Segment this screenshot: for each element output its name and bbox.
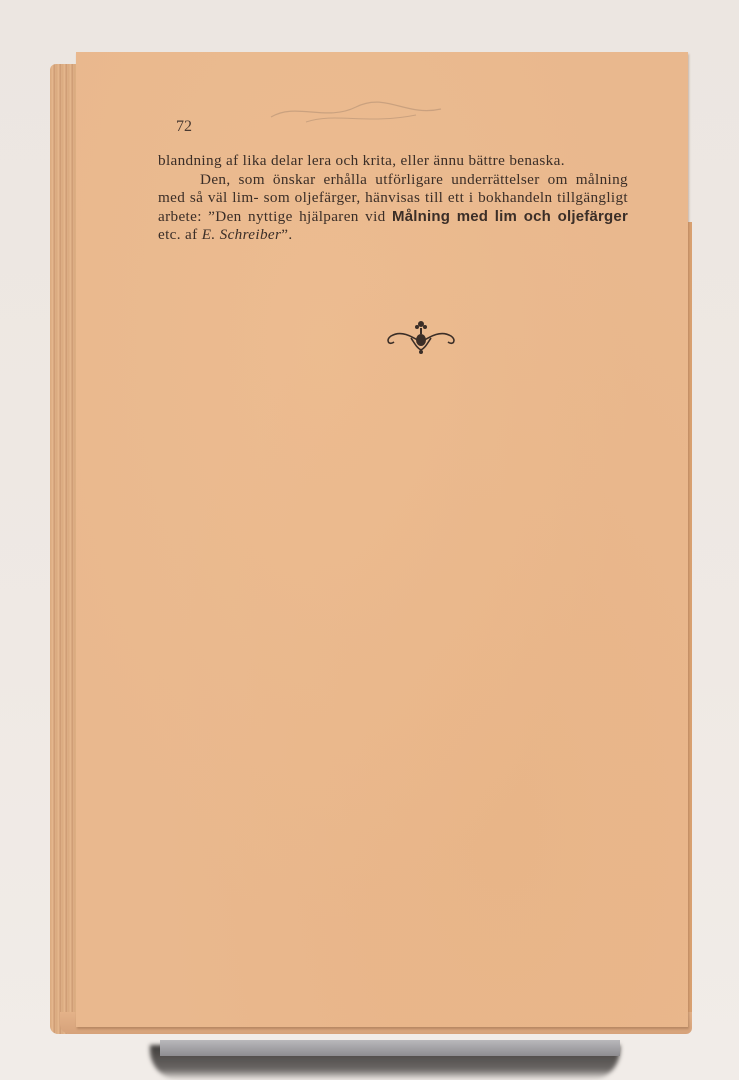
old-book: 72 blandning af lika delar lera och krit… [50, 52, 692, 1042]
paragraph-2-end: ”. [281, 226, 292, 243]
paragraph-1: blandning af lika delar lera och krita, … [158, 152, 628, 171]
fleuron-ornament-icon [381, 314, 461, 356]
pencil-scribble [266, 97, 446, 127]
body-text: blandning af lika delar lera och krita, … [158, 152, 628, 245]
author-name: E. Schreiber [202, 226, 282, 243]
page-number: 72 [176, 118, 192, 136]
book-title: Målning med lim och oljefärger [392, 208, 628, 225]
book-page: 72 blandning af lika delar lera och krit… [76, 52, 688, 1027]
paragraph-2-mid: etc. af [158, 226, 202, 243]
book-stand [160, 1040, 620, 1056]
paragraph-2: Den, som önskar erhålla utförligare unde… [158, 171, 628, 245]
